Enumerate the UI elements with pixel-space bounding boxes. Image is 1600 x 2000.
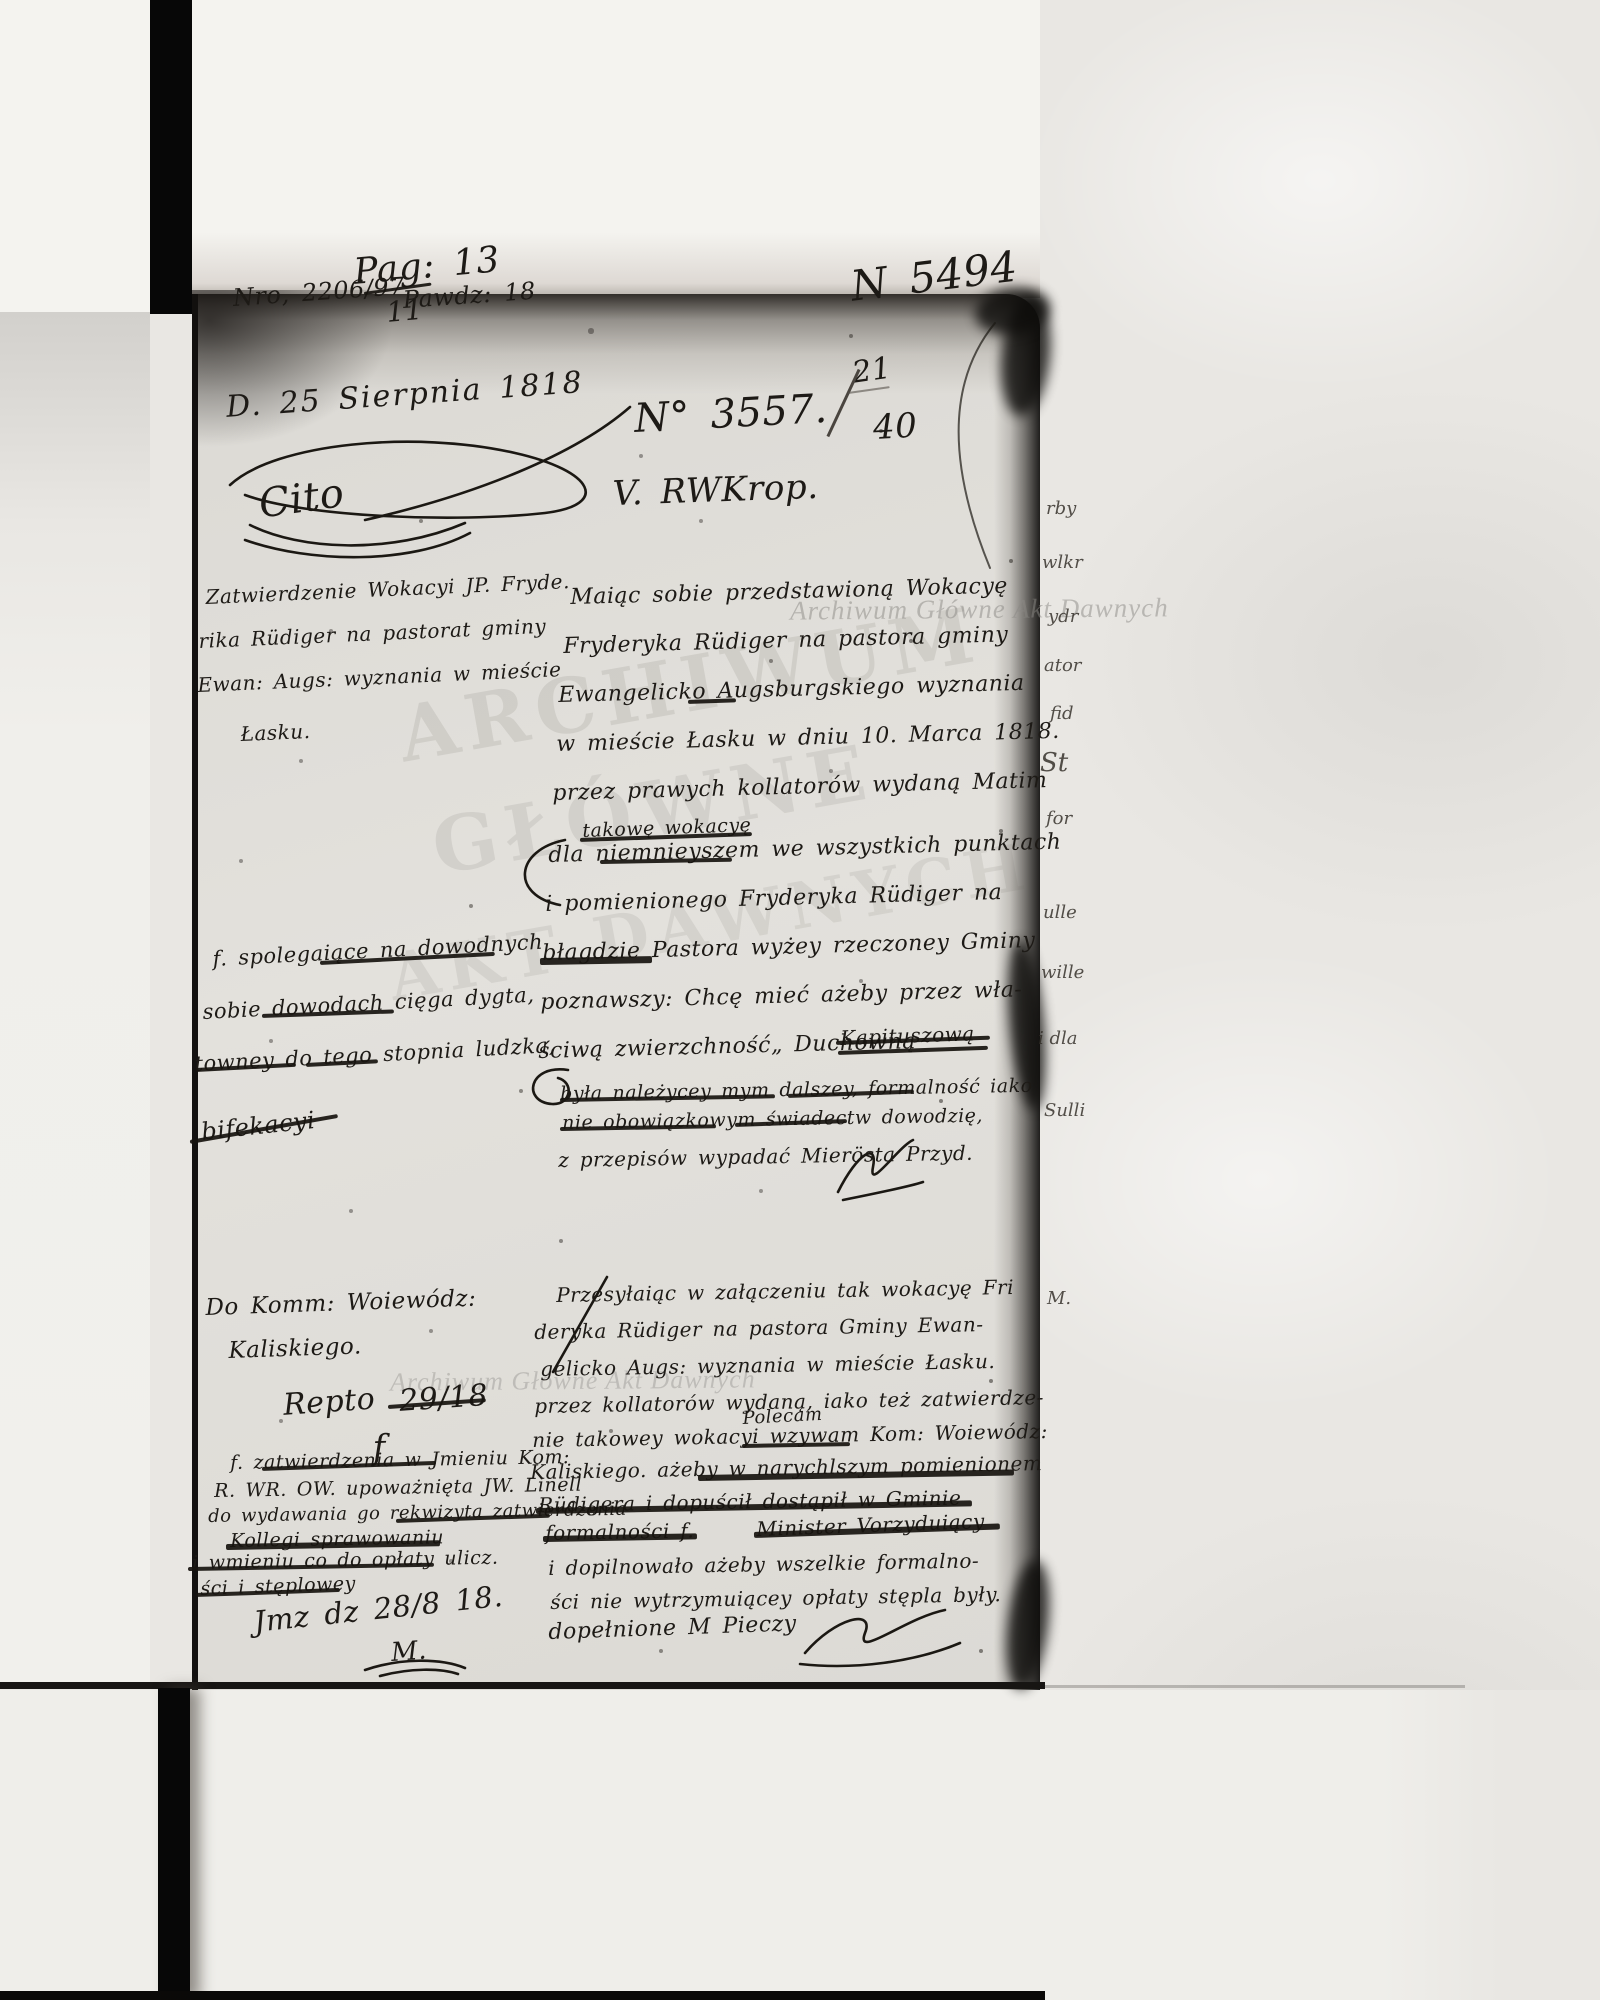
- edge-fragment: rby: [1046, 498, 1076, 519]
- edge-fragment: for: [1046, 808, 1072, 829]
- column-divider-stroke: [545, 1272, 615, 1377]
- adjacent-sheet-top-left: [0, 0, 150, 312]
- edge-fragment: wlkr: [1042, 552, 1083, 573]
- addressee-abbreviation: V. RWKrop.: [612, 467, 819, 514]
- film-edge-bar-bottom: [158, 1688, 190, 2000]
- edge-fragment: ydr: [1048, 606, 1078, 627]
- edge-fragment: wille: [1041, 962, 1084, 983]
- body-struck-word: Kapituszową: [840, 1021, 975, 1050]
- edge-fragment: ator: [1044, 655, 1081, 676]
- correction-loop: [505, 835, 575, 915]
- archival-scan: ARCHIWUM GŁÓWNE AKT DAWNYCH Archiwum Głó…: [0, 0, 1600, 2000]
- adjacent-sheet-bottom: [0, 1690, 1600, 2000]
- foliation-bottom: 40: [872, 406, 918, 448]
- signature-paraph: [795, 1598, 965, 1668]
- edge-fragment: Sulli: [1044, 1100, 1085, 1121]
- page-bottom-edge: [0, 1682, 1045, 1689]
- address-line: Kaliskiego.: [228, 1333, 362, 1364]
- flourish-under-cito: [240, 505, 480, 565]
- margin-summary-line: Łasku.: [240, 719, 311, 746]
- edge-fragment: St: [1040, 748, 1068, 778]
- correction-loop: [518, 1062, 578, 1108]
- edge-fragment: M.: [1047, 1288, 1071, 1309]
- film-edge-strip-bottom: [0, 1991, 1045, 2000]
- underlying-sheet-edge: [1045, 1685, 1465, 1688]
- film-edge-bar-top: [150, 0, 192, 314]
- edge-fragment: ulle: [1043, 902, 1077, 923]
- paper-specks: [0, 0, 2, 2]
- edge-fragment: fid: [1050, 703, 1074, 724]
- edge-fragment: i dla: [1038, 1028, 1078, 1049]
- signature-paraph: [828, 1132, 928, 1202]
- marginal-pen-stroke: [920, 318, 1010, 578]
- signature-underline: [360, 1652, 470, 1680]
- adjacent-sheet-left: [0, 312, 150, 1684]
- repto-label: Repto: [282, 1382, 376, 1423]
